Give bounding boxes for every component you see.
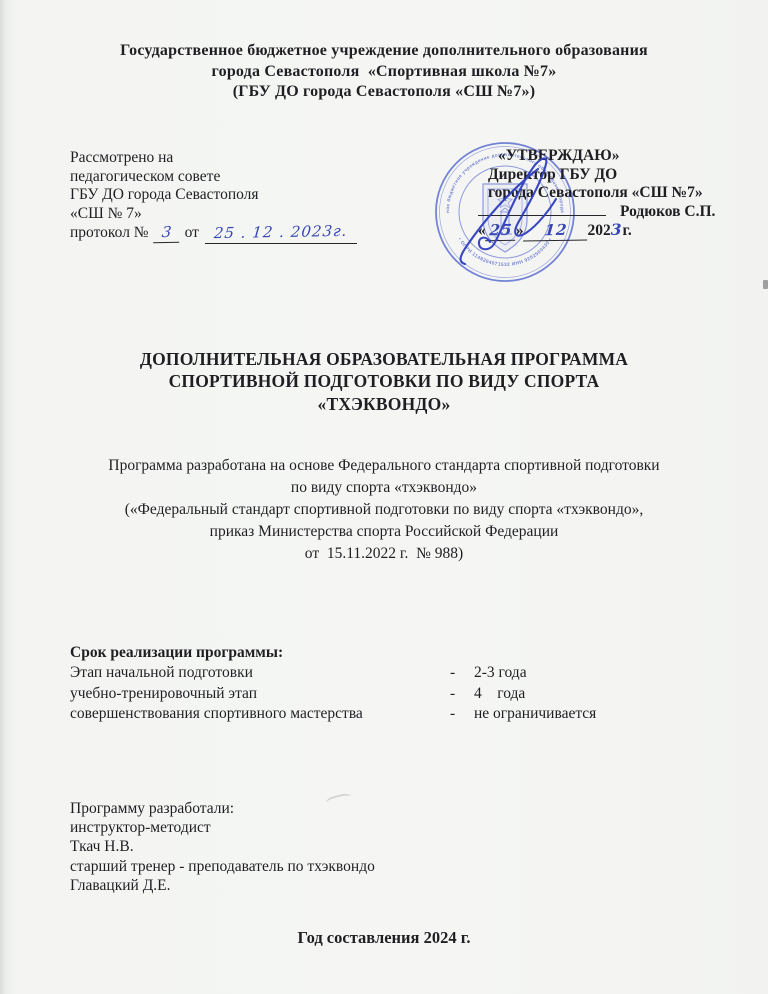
director-name: Родюков С.П.: [620, 203, 715, 220]
duration-row-value: 4 года: [474, 684, 525, 704]
duration-block: Срок реализации программы: Этап начально…: [70, 643, 710, 724]
program-basis: Программа разработана на основе Федераль…: [0, 455, 768, 565]
document-page: Государственное бюджетное учреждение доп…: [0, 0, 768, 994]
program-title: ДОПОЛНИТЕЛЬНАЯ ОБРАЗОВАТЕЛЬНАЯ ПРОГРАММА…: [0, 348, 768, 415]
duration-row-label: учебно-тренировочный этап: [70, 684, 450, 704]
duration-row-dash: -: [450, 663, 474, 683]
review-line-2: педагогическом совете: [70, 168, 357, 187]
year-of-compilation: Год составления 2024 г.: [0, 928, 768, 948]
director-signature: [418, 139, 618, 289]
duration-row: Этап начальной подготовки-2-3 года: [70, 663, 710, 683]
basis-line-3: («Федеральный стандарт спортивной подгот…: [0, 499, 768, 521]
title-line-2: СПОРТИВНОЙ ПОДГОТОВКИ ПО ВИДУ СПОРТА: [0, 370, 768, 392]
protocol-label: протокол №: [70, 224, 149, 241]
basis-line-2: по виду спорта «тхэквондо»: [0, 477, 768, 499]
duration-row: учебно-тренировочный этап-4 года: [70, 684, 710, 704]
protocol-number-handwritten: 3: [153, 223, 181, 243]
basis-line-5: от 15.11.2022 г. № 988): [0, 543, 768, 565]
authors-line-2: инструктор-методист: [70, 818, 375, 837]
duration-row-dash: -: [450, 684, 474, 704]
date-suffix: г.: [623, 222, 632, 239]
authors-line-5: Главацкий Д.Е.: [70, 876, 375, 895]
review-line-3: ГБУ ДО города Севастополя: [70, 186, 357, 205]
duration-row-value: не ограничивается: [474, 704, 596, 724]
authors-line-3: Ткач Н.В.: [70, 837, 375, 856]
organization-header: Государственное бюджетное учреждение доп…: [0, 41, 768, 103]
header-line-2: города Севастополя «Спортивная школа №7»: [0, 62, 768, 83]
title-line-1: ДОПОЛНИТЕЛЬНАЯ ОБРАЗОВАТЕЛЬНАЯ ПРОГРАММА: [0, 348, 768, 370]
approval-block: Государственное бюджетное учреждение доп…: [478, 147, 758, 241]
title-line-3: «ТХЭКВОНДО»: [0, 393, 768, 415]
duration-heading: Срок реализации программы:: [70, 643, 710, 663]
duration-row-label: совершенствования спортивного мастерства: [70, 704, 450, 724]
protocol-date-blank: 25 . 12 . 2023г.: [205, 223, 357, 244]
protocol-date-handwritten: 25 . 12 . 2023г.: [213, 222, 348, 243]
review-block: Рассмотрено на педагогическом совете ГБУ…: [70, 149, 357, 244]
basis-line-1: Программа разработана на основе Федераль…: [0, 455, 768, 477]
duration-row: совершенствования спортивного мастерства…: [70, 704, 710, 724]
duration-row-dash: -: [450, 704, 474, 724]
duration-row-value: 2-3 года: [474, 663, 527, 683]
protocol-from-label: от: [185, 224, 199, 241]
authors-block: Программу разработали: инструктор-методи…: [70, 799, 375, 895]
duration-row-label: Этап начальной подготовки: [70, 663, 450, 683]
review-line-4: «СШ № 7»: [70, 205, 357, 224]
basis-line-4: приказ Министерства спорта Российской Фе…: [0, 521, 768, 543]
protocol-line: протокол №3от25 . 12 . 2023г.: [70, 223, 357, 244]
header-line-3: (ГБУ ДО города Севастополя «СШ №7»): [0, 82, 768, 103]
review-line-1: Рассмотрено на: [70, 149, 357, 168]
authors-line-4: старший тренер - преподаватель по тхэкво…: [70, 857, 375, 876]
header-line-1: Государственное бюджетное учреждение доп…: [0, 41, 768, 62]
scan-artifact: [763, 280, 768, 289]
